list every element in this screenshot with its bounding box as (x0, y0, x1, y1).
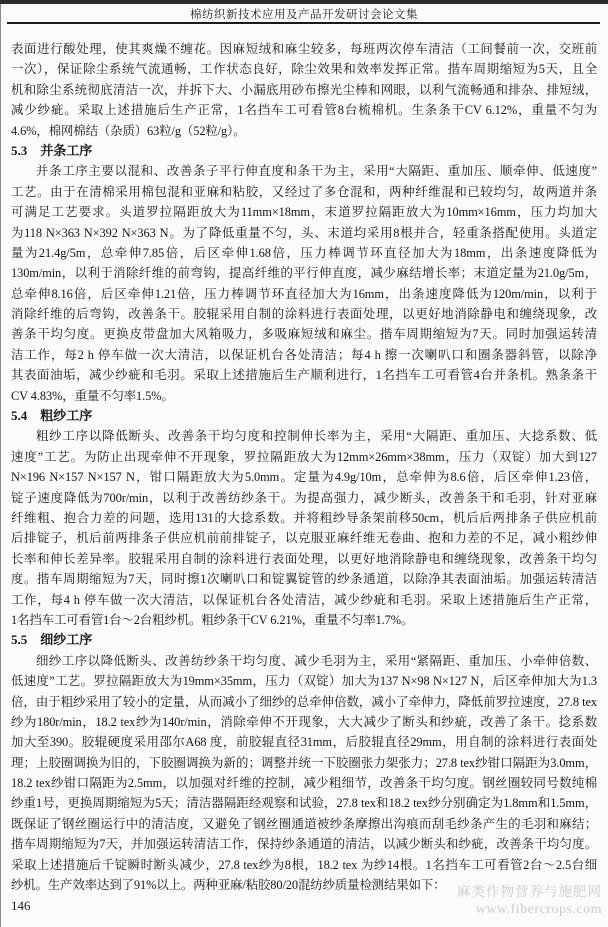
heading-title: 粗纱工序 (40, 408, 92, 423)
text-line: 粗纱工序以降低断头、改善条干均匀度和控制伸长率为主，采用“大隔距、重加压、大捻系… (11, 426, 597, 446)
text-line: 加大至390。胶辊硬度采用邵尔A68 度，前胶辊直径31mm，后胶辊直径29mm… (11, 732, 597, 752)
text-line: 并条工序主要以混和、改善条子平行伸直度和条干为主，采用“大隔距、重加压、顺牵伸、… (11, 161, 597, 181)
heading-title: 细纱工序 (40, 632, 92, 647)
text-line: 工作，每4 h 停车做一次大清洁，以保证机台各处清洁，减少纱疵和毛羽。采取上述措… (11, 590, 597, 610)
page-number: 146 (11, 898, 31, 914)
text-line: 18.2 tex纱钳口隔距为2.5mm，以加强对纤维的控制，减少粗细节，改善条干… (11, 773, 597, 793)
running-head-title: 棉纺织新技术应用及产品开发研讨会论文集 (190, 9, 418, 21)
text-line: 4.6%，棉网棉结（杂质）63粒/g（52粒/g）。 (11, 121, 597, 141)
text-line: 纤维粗、抱合力差的问题，选用131的大捻系数。并将粗纱导条架前移50cm，机后后… (11, 508, 597, 528)
text-line: 其表面油垢，减少纱疵和毛羽。采取上述措施后生产顺利进行，1名挡车工可看管4台并条… (11, 365, 597, 385)
text-line: 一次），保证除尘系统气流通畅，工作状态良好，除尘效果和效率发挥正常。揩车周期缩短… (11, 59, 597, 79)
heading-title: 并条工序 (40, 143, 92, 158)
text-line: 洁工作，每2 h 停车做一次大清洁，以保证机台各处清洁；每4 h 擦一次喇叭口和… (11, 345, 597, 365)
text-line: 量为21.4g/5m，总牵伸7.85倍，后区牵伸1.68倍，压力棒调节环直径加大… (11, 243, 597, 263)
text-line: 可满足工艺要求。头道罗拉隔距放大为11mm×18mm，末道罗拉隔距放大为10mm… (11, 202, 597, 222)
watermark-site-name: 麻类作物营养与施肥网 (457, 883, 602, 901)
paragraph: 并条工序主要以混和、改善条子平行伸直度和条干为主，采用“大隔距、重加压、顺牵伸、… (11, 161, 597, 406)
text-line: 善条干均匀度。更换皮带盘加大风箱吸力，多吸麻短绒和麻尘。揩车周期缩短为7天。同时… (11, 324, 597, 344)
text-line: 减少纱疵。采取上述措施后生产正常，1名挡车工可看管8台梳棉机。生条条干CV 6.… (11, 100, 597, 120)
section-heading: 5.5细纱工序 (11, 630, 597, 650)
paragraph: 粗纱工序以降低断头、改善条干均匀度和控制伸长率为主，采用“大隔距、重加压、大捻系… (11, 426, 597, 630)
heading-number: 5.5 (11, 632, 27, 647)
text-line: 纱为180r/min，18.2 tex纱为140r/min，消除牵伸不开现象，大… (11, 712, 597, 732)
document-body: 表面进行酸处理，使其爽燥不缠花。因麻短绒和麻尘较多，每班两次停车清洁（工间餐前一… (11, 39, 597, 895)
text-line: 采取上述措施后千锭瞬时断头减少，27.8 tex纱为8根，18.2 tex 为纱… (11, 855, 597, 875)
text-line: 表面进行酸处理，使其爽燥不缠花。因麻短绒和麻尘较多，每班两次停车清洁（工间餐前一… (11, 39, 597, 59)
text-line: 长率和伸长差异率。胶辊采用自制的涂料进行表面处理，以更好地消除静电和缠绕现象，改… (11, 549, 597, 569)
text-line: 工艺。由于在清棉采用棉包混和亚麻和粘胶，又经过了多仓混和，两种纤维混和已较均匀，… (11, 182, 597, 202)
text-line: 后排锭子，机后前两排条子供应机前前排锭子，以克服亚麻纤维无卷曲、抱和力差的不足，… (11, 528, 597, 548)
heading-number: 5.3 (11, 143, 27, 158)
header-rule (7, 22, 600, 24)
section-heading: 5.3并条工序 (11, 141, 597, 161)
text-line: 消除纤维的后弯钩，改善条干。胶辊采用自制的涂料进行表面处理，以更好地消除静电和缠… (11, 304, 597, 324)
text-line: 度。揩车周期缩短为7天，同时擦1次喇叭口和锭翼锭管的纱条通道，以除净其表面油垢。… (11, 569, 597, 589)
text-line: CV 4.83%，重量不匀率1.5%。 (11, 386, 597, 406)
text-line: 速度”工艺。为防止出现牵伸不开现象，罗拉隔距放大为12mm×26mm×38mm，… (11, 447, 597, 467)
scan-edge-top (0, 0, 608, 4)
scan-edge-left (0, 0, 1, 927)
text-line: 倍，由于粗纱采用了较小的定量，从而减小了细纱的总牵伸倍数，减小了牵伸力，降低前罗… (11, 692, 597, 712)
text-line: 总牵伸8.16倍，后区牵伸1.21倍，压力棒调节环直径加大为16mm，出条速度降… (11, 284, 597, 304)
heading-number: 5.4 (11, 408, 27, 423)
text-line: 锭子速度降低为700r/min，以利于改善纺纱条干。为提高强力，减少断头，改善条… (11, 488, 597, 508)
text-line: 130m/min，以利于消除纤维的前弯钩，提高纤维的平行伸直度，减少麻结增长率；… (11, 263, 597, 283)
paragraph: 细纱工序以降低断头、改善纺纱条干均匀度、减少毛羽为主，采用“紧隔距、重加压、小牵… (11, 651, 597, 896)
text-line: 1名挡车工可看管1台～2台粗纱机。粗纱条干CV 6.21%，重量不匀率1.7%。 (11, 610, 597, 630)
text-line: N×196 N×157 N×157 N，钳口隔距放大为5.0mm。定量为4.9g… (11, 467, 597, 487)
text-line: 纱重1号，更换周期缩短为5天；清洁器隔距经观察和试验，27.8 tex和18.2… (11, 793, 597, 813)
text-line: 细纱工序以降低断头、改善纺纱条干均匀度、减少毛羽为主，采用“紧隔距、重加压、小牵… (11, 651, 597, 671)
text-line: 低速度”工艺。罗拉隔距放大为19mm×35mm，压力（双锭）加大为137 N×9… (11, 671, 597, 691)
text-line: 为118 N×363 N×392 N×363 N。为了降低重量不匀，头、末道均采… (11, 223, 597, 243)
watermark: 麻类作物营养与施肥网 www.fibercrops.com (457, 883, 602, 918)
text-line: 理；上胶圈调换为旧的，下胶圈调换为新的；调整并统一下胶圈张力架张力；27.8 t… (11, 753, 597, 773)
page-header: 棉纺织新技术应用及产品开发研讨会论文集 (8, 6, 600, 22)
watermark-site-url: www.fibercrops.com (457, 901, 602, 919)
section-heading: 5.4粗纱工序 (11, 406, 597, 426)
scanned-document-page: 棉纺织新技术应用及产品开发研讨会论文集 表面进行酸处理，使其爽燥不缠花。因麻短绒… (0, 0, 608, 927)
text-line: 揩车周期缩短为7天，并加强运转清洁工作，保持纱条通道的清洁，以减少断头和纱疵，改… (11, 834, 597, 854)
text-line: 既保证了钢丝圈运行中的清洁度，又避免了钢丝圈通道被纱条摩擦出沟痕而刮毛纱条产生的… (11, 814, 597, 834)
paragraph: 表面进行酸处理，使其爽燥不缠花。因麻短绒和麻尘较多，每班两次停车清洁（工间餐前一… (11, 39, 597, 141)
text-line: 机和除尘系统彻底清洁一次，并拆下大、小漏底用砂布擦光尘棒和网眼，以利气流畅通和排… (11, 80, 597, 100)
